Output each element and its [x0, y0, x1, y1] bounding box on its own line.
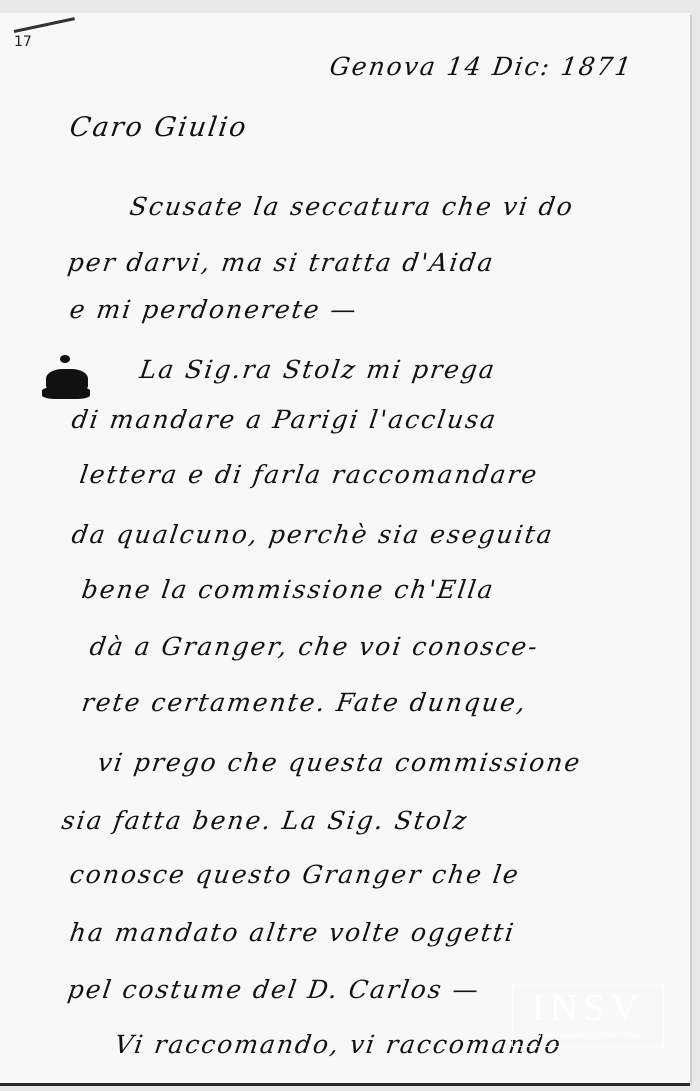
letter-line-7: da qualcuno, perchè sia eseguita — [70, 520, 556, 549]
watermark-subtext: Istituto Nazionale di Studi Verdiani — [513, 1030, 663, 1039]
letter-line-5: di mandare a Parigi l'acclusa — [70, 405, 499, 434]
institution-watermark: INSV Istituto Nazionale di Studi Verdian… — [512, 985, 664, 1047]
page-edge-shadow — [0, 1083, 690, 1086]
letter-line-1: Scusate la seccatura che vi do — [128, 192, 576, 221]
letter-line-16: Vi raccomando, vi raccomando — [113, 1030, 564, 1059]
watermark-text: INSV — [513, 986, 663, 1030]
ink-stamp-icon — [42, 355, 92, 401]
letter-line-15: pel costume del D. Carlos — — [66, 975, 482, 1004]
place-date: Genova 14 Dic: 1871 — [328, 52, 635, 81]
letter-line-12: sia fatta bene. La Sig. Stolz — [60, 806, 470, 835]
corner-mark: 17 — [14, 34, 32, 50]
letter-line-10: rete certamente. Fate dunque, — [80, 688, 529, 717]
letter-line-3: e mi perdonerete — — [68, 295, 360, 324]
letter-line-11: vi prego che questa commissione — [96, 748, 583, 777]
letter-line-14: ha mandato altre volte oggetti — [68, 918, 517, 947]
salutation: Caro Giulio — [68, 112, 250, 143]
letter-line-2-text: per darvi, ma si tratta d'Aida — [66, 248, 497, 277]
letter-line-8: bene la commissione ch'Ella — [80, 575, 497, 604]
letter-line-4: La Sig.ra Stolz mi prega — [138, 355, 498, 384]
letter-line-6: lettera e di farla raccomandare — [78, 460, 540, 489]
letter-line-13: conosce questo Granger che le — [68, 860, 522, 889]
letter-line-9: dà a Granger, che voi conosce- — [88, 632, 541, 661]
letter-line-2: per darvi, ma si tratta d'Aida — [66, 248, 497, 277]
